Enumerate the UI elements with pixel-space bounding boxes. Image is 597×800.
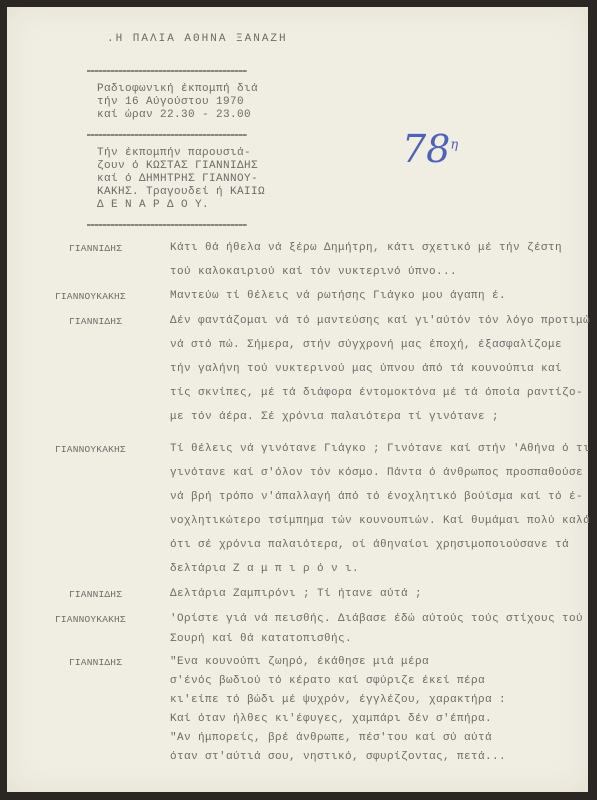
divider <box>87 224 247 226</box>
broadcast-line-3: καί ώραν 22.30 - 23.00 <box>97 109 251 122</box>
speaker-label: ΓΙΑΝΝΟΥΚΑΚΗΣ <box>55 614 126 625</box>
verse-line: όταν στ'αύτιά σου, νηστικό, σφυρίζοντας,… <box>170 751 506 763</box>
dialogue-line: 'Ορίστε γιά νά πεισθής. Διάβασε έδώ αύτο… <box>170 613 583 625</box>
divider <box>87 134 247 136</box>
speaker-label: ΓΙΑΝΝΟΥΚΑΚΗΣ <box>55 444 126 455</box>
presenters-line-2: ζουν ό ΚΩΣΤΑΣ ΓΙΑΝΝΙΔΗΣ <box>97 160 258 173</box>
typewritten-page: .Η ΠΑΛΙΑ ΑΘΗΝΑ ΞΑΝΑΖΗ Ραδιοφωνική έκπομπ… <box>7 7 588 792</box>
verse-line: σ'ένός βωδιού τό κέρατο καί σφύριζε έκεί… <box>170 675 485 687</box>
speaker-label: ΓΙΑΝΝΙΔΗΣ <box>69 657 122 668</box>
speaker-label: ΓΙΑΝΝΙΔΗΣ <box>69 243 122 254</box>
dialogue-line: νά βρή τρόπο ν'άπαλλαγή άπό τό ένοχλητικ… <box>170 491 583 503</box>
dialogue-line: Σουρή καί θά κατατοπισθής. <box>170 633 352 645</box>
verse-line: "Αν ήμπορείς, βρέ άνθρωπε, πέσ'του καί σ… <box>170 732 492 744</box>
dialogue-line: τήν γαλήνη τού νυκτερινού μας ύπνου άπό … <box>170 363 562 375</box>
speaker-label: ΓΙΑΝΝΙΔΗΣ <box>69 316 122 327</box>
dialogue-line: Δέν φαντάζομαι νά τό μαντεύσης καί γι'αύ… <box>170 315 590 327</box>
broadcast-line-2: τήν 16 Αύγούστου 1970 <box>97 96 244 109</box>
presenters-line-4: ΚΑΚΗΣ. Τραγουδεί ή ΚΑΙΙΩ <box>97 186 265 199</box>
verse-line: Καί όταν ήλθες κι'έφυγες, χαμπάρι δέν σ'… <box>170 713 492 725</box>
presenters-line-5: Δ Ε Ν Α Ρ Δ Ο Υ. <box>97 199 209 212</box>
presenters-line-3: καί ό ΔΗΜΗΤΡΗΣ ΓΙΑΝΝΟΥ- <box>97 173 258 186</box>
presenters-line-1: Τήν έκπομπήν παρουσιά- <box>97 147 251 160</box>
speaker-label: ΓΙΑΝΝΟΥΚΑΚΗΣ <box>55 291 126 302</box>
dialogue-line: νά στό πώ. Σήμερα, στήν σύγχρονή μας έπο… <box>170 339 562 351</box>
dialogue-line: νοχλητικώτερο τσίμπημα τών κουνουπιών. Κ… <box>170 515 590 527</box>
verse-line: κι'είπε τό βώδι μέ ψυχρόν, έγγλέζου, χαρ… <box>170 694 506 706</box>
dialogue-line: τού καλοκαιριού καί τόν νυκτερινό ύπνο..… <box>170 266 457 278</box>
broadcast-line-1: Ραδιοφωνική έκπομπή διά <box>97 83 258 96</box>
dialogue-line: Μαντεύω τί θέλεις νά ρωτήσης Γιάγκο μου … <box>170 290 506 302</box>
document-title: .Η ΠΑΛΙΑ ΑΘΗΝΑ ΞΑΝΑΖΗ <box>107 33 288 46</box>
dialogue-line: Κάτι θά ήθελα νά ξέρω Δημήτρη, κάτι σχετ… <box>170 242 562 254</box>
dialogue-line: ότι σέ χρόνια παλαιότερα, οί άθηναίοι χρ… <box>170 539 569 551</box>
dialogue-line: με τόν άέρα. Σέ χρόνια παλαιότερα τί γιν… <box>170 411 499 423</box>
dialogue-line: Δελτάρια Ζαμπιρόνι ; Τί ήτανε αύτά ; <box>170 588 422 600</box>
dialogue-line: γινότανε καί σ'όλον τόν κόσμο. Πάντα ό ά… <box>170 467 583 479</box>
speaker-label: ΓΙΑΝΝΙΔΗΣ <box>69 589 122 600</box>
dialogue-line: Τί θέλεις νά γινότανε Γιάγκο ; Γινότανε … <box>170 443 590 455</box>
handwritten-page-number: 78η <box>402 127 458 171</box>
divider <box>87 70 247 72</box>
verse-line: "Ενα κουνούπι ζωηρό, έκάθησε μιά μέρα <box>170 656 429 668</box>
dialogue-line: τίς σκνίπες, μέ τά διάφορα έντομοκτόνα μ… <box>170 387 583 399</box>
dialogue-line: δελτάρια Ζ α μ π ι ρ ό ν ι. <box>170 563 359 575</box>
